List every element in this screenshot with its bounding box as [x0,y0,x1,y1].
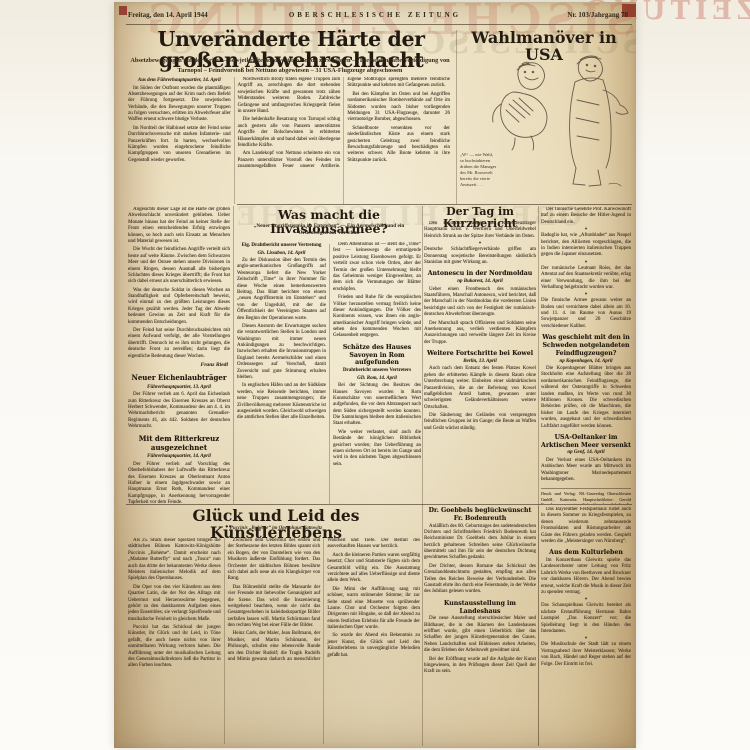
paragraph: Im Nordteil der Halbinsel setzte der Fei… [128,126,231,164]
schweden-dateline: np Kopenhagen, 14. April [541,359,631,366]
print-bleedthrough-corner: ZEITUNG [636,0,750,26]
savoyen-dateline: GD. Rom, 14. April [333,376,421,383]
invasion-dateline: Gh. Lissabon, 14. April [237,251,326,258]
kowel-dateline: Berlin, 13. April [424,359,536,366]
paragraph: Deutsche Schlachtfliegerverbände griffen… [424,242,536,266]
kowel-heading: Weitere Fortschritte bei Kowel [424,350,536,358]
notes-intro: Das Bayreuther Festspielhaus rüstet auch… [541,507,631,545]
antonescu-heading: Antonescu in der Nordmoldau [424,270,536,278]
paragraph: Frieden und Ruhe für die europäischen Vö… [333,295,421,340]
paragraph: Angesichts dieser Lage ist die Härte der… [128,207,230,245]
red-stamp [119,6,127,15]
eichenlaub-text: Der Führer verlieh am 6. April das Eiche… [128,392,230,430]
antonescu-text: Der Marschall sprach Offizieren und Sold… [424,321,536,347]
paragraph: Bei der Eröffnung wurde auf die Aufgabe … [424,657,536,676]
paragraph: Der Feind hat seine Durchbruchsabsichten… [128,328,230,360]
masthead-date: Freitag, den 14. April 1944 [128,11,208,19]
paragraph: Schnellboote versenkten vor der niederlä… [347,126,450,164]
paragraph: Die Mimi der Aufführung sang mit schöner… [327,587,420,632]
masthead-rule [126,24,632,25]
savoyen-source: Drahtbericht unseres Vertreters [333,368,421,375]
author-signature: Franz Riedl [128,362,228,369]
paragraph: Die Musikschule der Stadt lädt zu einem … [541,637,631,668]
imprint: Druck und Verlag: NS.-Gauverlag Oberschl… [541,488,631,504]
paragraph: Puccini hat das Schicksal der jungen Kün… [128,625,221,670]
paragraph: Die Oper von den vier Künstlern aus dem … [128,585,221,623]
invasion-column-a: Eig. Drahtbericht unserer Vertretung Gh.… [237,242,326,504]
feuilleton-columns: Als 25. Stück dieser Spielzeit bringen d… [128,538,420,744]
lead-dateline: Aus dem Führerhauptquartier, 14. April [128,78,231,85]
invasion-column-b: Dem Attentismus ist — stellt die „Time“ … [333,242,421,504]
paragraph: Bei der Sichtung des Besitzes des Hauses… [333,383,421,428]
paragraph: Was der deutsche Soldat in diesen Wochen… [128,288,230,326]
ritterkreuz-heading: Mit dem Ritterkreuz ausgezeichnet [128,435,230,452]
feuilleton-subtitle: Puccinis „Bohème“ im Opernhaus Kattowitz [133,526,419,533]
kurzbericht-items: Den Heldentod fanden die Ritterkreuzträg… [424,221,536,266]
feuilleton-column-5: Das Bayreuther Festspielhaus rüstet auch… [541,507,631,746]
paragraph: Der finnische Gelehrte Prof. Karwowinoff… [541,207,631,226]
paragraph: Den Heldentod fanden die Ritterkreuzträg… [424,221,536,240]
paragraph: Im Konzerthaus Gleiwitz spielte das Land… [541,558,631,596]
invasion-source: Eig. Drahtbericht unserer Vertretung [237,243,326,250]
oeltanker-text: Der Verlust eines USA-Oeltankers im Arab… [541,458,631,484]
paragraph: Die heldenhafte Besatzung von Tarnopol s… [238,117,341,149]
paragraph: Nordwestlich Brody traten eigene Truppen… [238,77,341,115]
kurzbericht-items: Der finnische Gelehrte Prof. Karwowinoff… [541,207,631,330]
paragraph: Zu der Diskussion über den Termin des an… [237,258,326,322]
feuilleton-rule [126,504,632,505]
newspaper-photo: { "masthead": { "date": "Freitag, den 14… [0,0,750,750]
commentary-column: Angesichts dieser Lage ist die Härte der… [128,207,230,504]
paragraph: Das Schauspielhaus Gleiwitz bereitet als… [541,598,631,635]
paragraph: Wie weiter verlautet, sind auch die Best… [333,430,421,468]
savoyen-body: Bei der Sichtung des Besitzes des Hauses… [333,383,421,468]
savoyen-heading: Schätze des Hauses Savoyen in Rom aufgef… [333,344,421,367]
paragraph: Das Bühnenbild stellte die Mansarde der … [228,585,321,630]
oeltanker-heading: USA-Oeltanker im Arktischen Meer versenk… [541,434,631,450]
schweden-text: Die Kopenhagener Blätter bringen aus Sto… [541,366,631,430]
invasion-subhead: „Neuer Angriffstermin im Entstehen“ — Ei… [239,223,419,238]
paragraph: Dem Attentismus ist — stellt die „Time“ … [333,242,421,293]
antonescu-text: Ueber einen Frontbesuch des rumänischen … [424,287,536,319]
masthead-title: OBERSCHLESISCHE ZEITUNG [250,11,500,19]
kulturleben-items: Im Konzerthaus Gleiwitz spielte das Land… [541,558,631,668]
paragraph: Zwischen dem Uebermut des ersten und der… [228,538,321,583]
goebbels-heading: Dr. Goebbels beglückwünscht Fr. Bodenreu… [424,507,536,523]
section-rule [237,204,632,205]
oeltanker-dateline: np Genf, 14. April [541,450,631,457]
ritterkreuz-text: Der Führer verlieh auf Vorschlag des Obe… [128,462,230,504]
paragraph: Als 25. Stück dieser Spielzeit bringen d… [128,538,221,583]
paragraph: Der rumänische Leutnant Roiss, der das A… [541,261,631,292]
schweden-heading: Was geschieht mit den in Schweden notgel… [541,334,631,357]
paragraph: Badoglio hat, wie „Aftonbladet“ aus Neap… [541,228,631,259]
paragraph: So wurde der Abend ein Bekenntnis zu jen… [327,633,420,659]
ausstellung-heading: Kunstausstellung im Landeshaus [424,600,536,616]
commentary-body: Angesichts dieser Lage ist die Härte der… [128,207,230,360]
newspaper-page: OBERSCHLESISCHE ZEITUNG OBERSCHLESISCHE … [114,2,636,748]
goebbels-body: Anläßlich des 60. Geburtstages des sudet… [424,524,536,596]
column-divider [422,206,423,746]
eichenlaub-heading: Neuer Eichenlaubträger [128,374,230,382]
paragraph: Auch die kleineren Partien waren sorgfäl… [327,553,420,585]
paragraph: In englischen Häfen und an der Südküste … [237,383,326,421]
kowel-text: Die Säuberung des Geländes von verspreng… [424,413,536,432]
feuilleton-column-4: Dr. Goebbels beglückwünscht Fr. Bodenreu… [424,507,536,746]
kurzbericht-column-a: Den Heldentod fanden die Ritterkreuzträg… [424,221,536,504]
kulturleben-heading: Aus dem Kulturleben [541,549,631,557]
invasion-body-a: Zu der Diskussion über den Termin des an… [237,258,326,422]
eichenlaub-dateline: Führerhauptquartier, 13. April [128,385,230,392]
wahl-cartoon-caption: „W“ — wie Wahl, so buchstabieren drüben … [460,152,518,188]
paragraph: Die finnische Armee gewann weiter an Bod… [541,293,631,330]
ritterkreuz-dateline: Führerhauptquartier, 14. April [128,454,230,461]
paragraph: Die Wucht der feindlichen Angriffe verte… [128,247,230,285]
kurzbericht-column-b: Der finnische Gelehrte Prof. Karwowinoff… [541,207,631,504]
lead-body: Im Süden der Ostfront wurden die planmäß… [128,77,450,170]
column-divider [233,206,234,504]
paragraph: Der Dichter, dessen Romane das Schicksal… [424,564,536,596]
paragraph: Diesen Ansturm der Erwartungen suchen di… [237,324,326,382]
paragraph: Anläßlich des 60. Geburtstages des sudet… [424,524,536,562]
caption-line: Amtszeit . . . [460,182,518,188]
lead-columns: Aus dem Führerhauptquartier, 14. April I… [128,77,450,204]
paragraph: Im Süden der Ostfront wurden die planmäß… [128,86,231,124]
lead-deck: Absetzbewegungen auf der Krim — Sowjetkr… [128,56,452,76]
column-divider [329,244,330,504]
ausstellung-body: Die neue Ausstellung oberschlesischer Ma… [424,616,536,676]
antonescu-dateline: np Bukarest, 14. April [424,279,536,286]
feuilleton-body: Als 25. Stück dieser Spielzeit bringen d… [128,538,420,670]
column-divider [538,506,539,746]
paragraph: Bei den Kämpfen im Osten und bei Angriff… [347,92,450,124]
masthead-issue: Nr. 103/Jahrgang 78 [548,11,628,19]
invasion-body-b: Dem Attentismus ist — stellt die „Time“ … [333,242,421,340]
kowel-text: Auch nach dem Entsatz des festen Platzes… [424,366,536,411]
feuilleton-headline: Glück und Leid des Künstlerlebens [133,507,419,541]
paragraph: Die neue Ausstellung oberschlesischer Ma… [424,616,536,654]
